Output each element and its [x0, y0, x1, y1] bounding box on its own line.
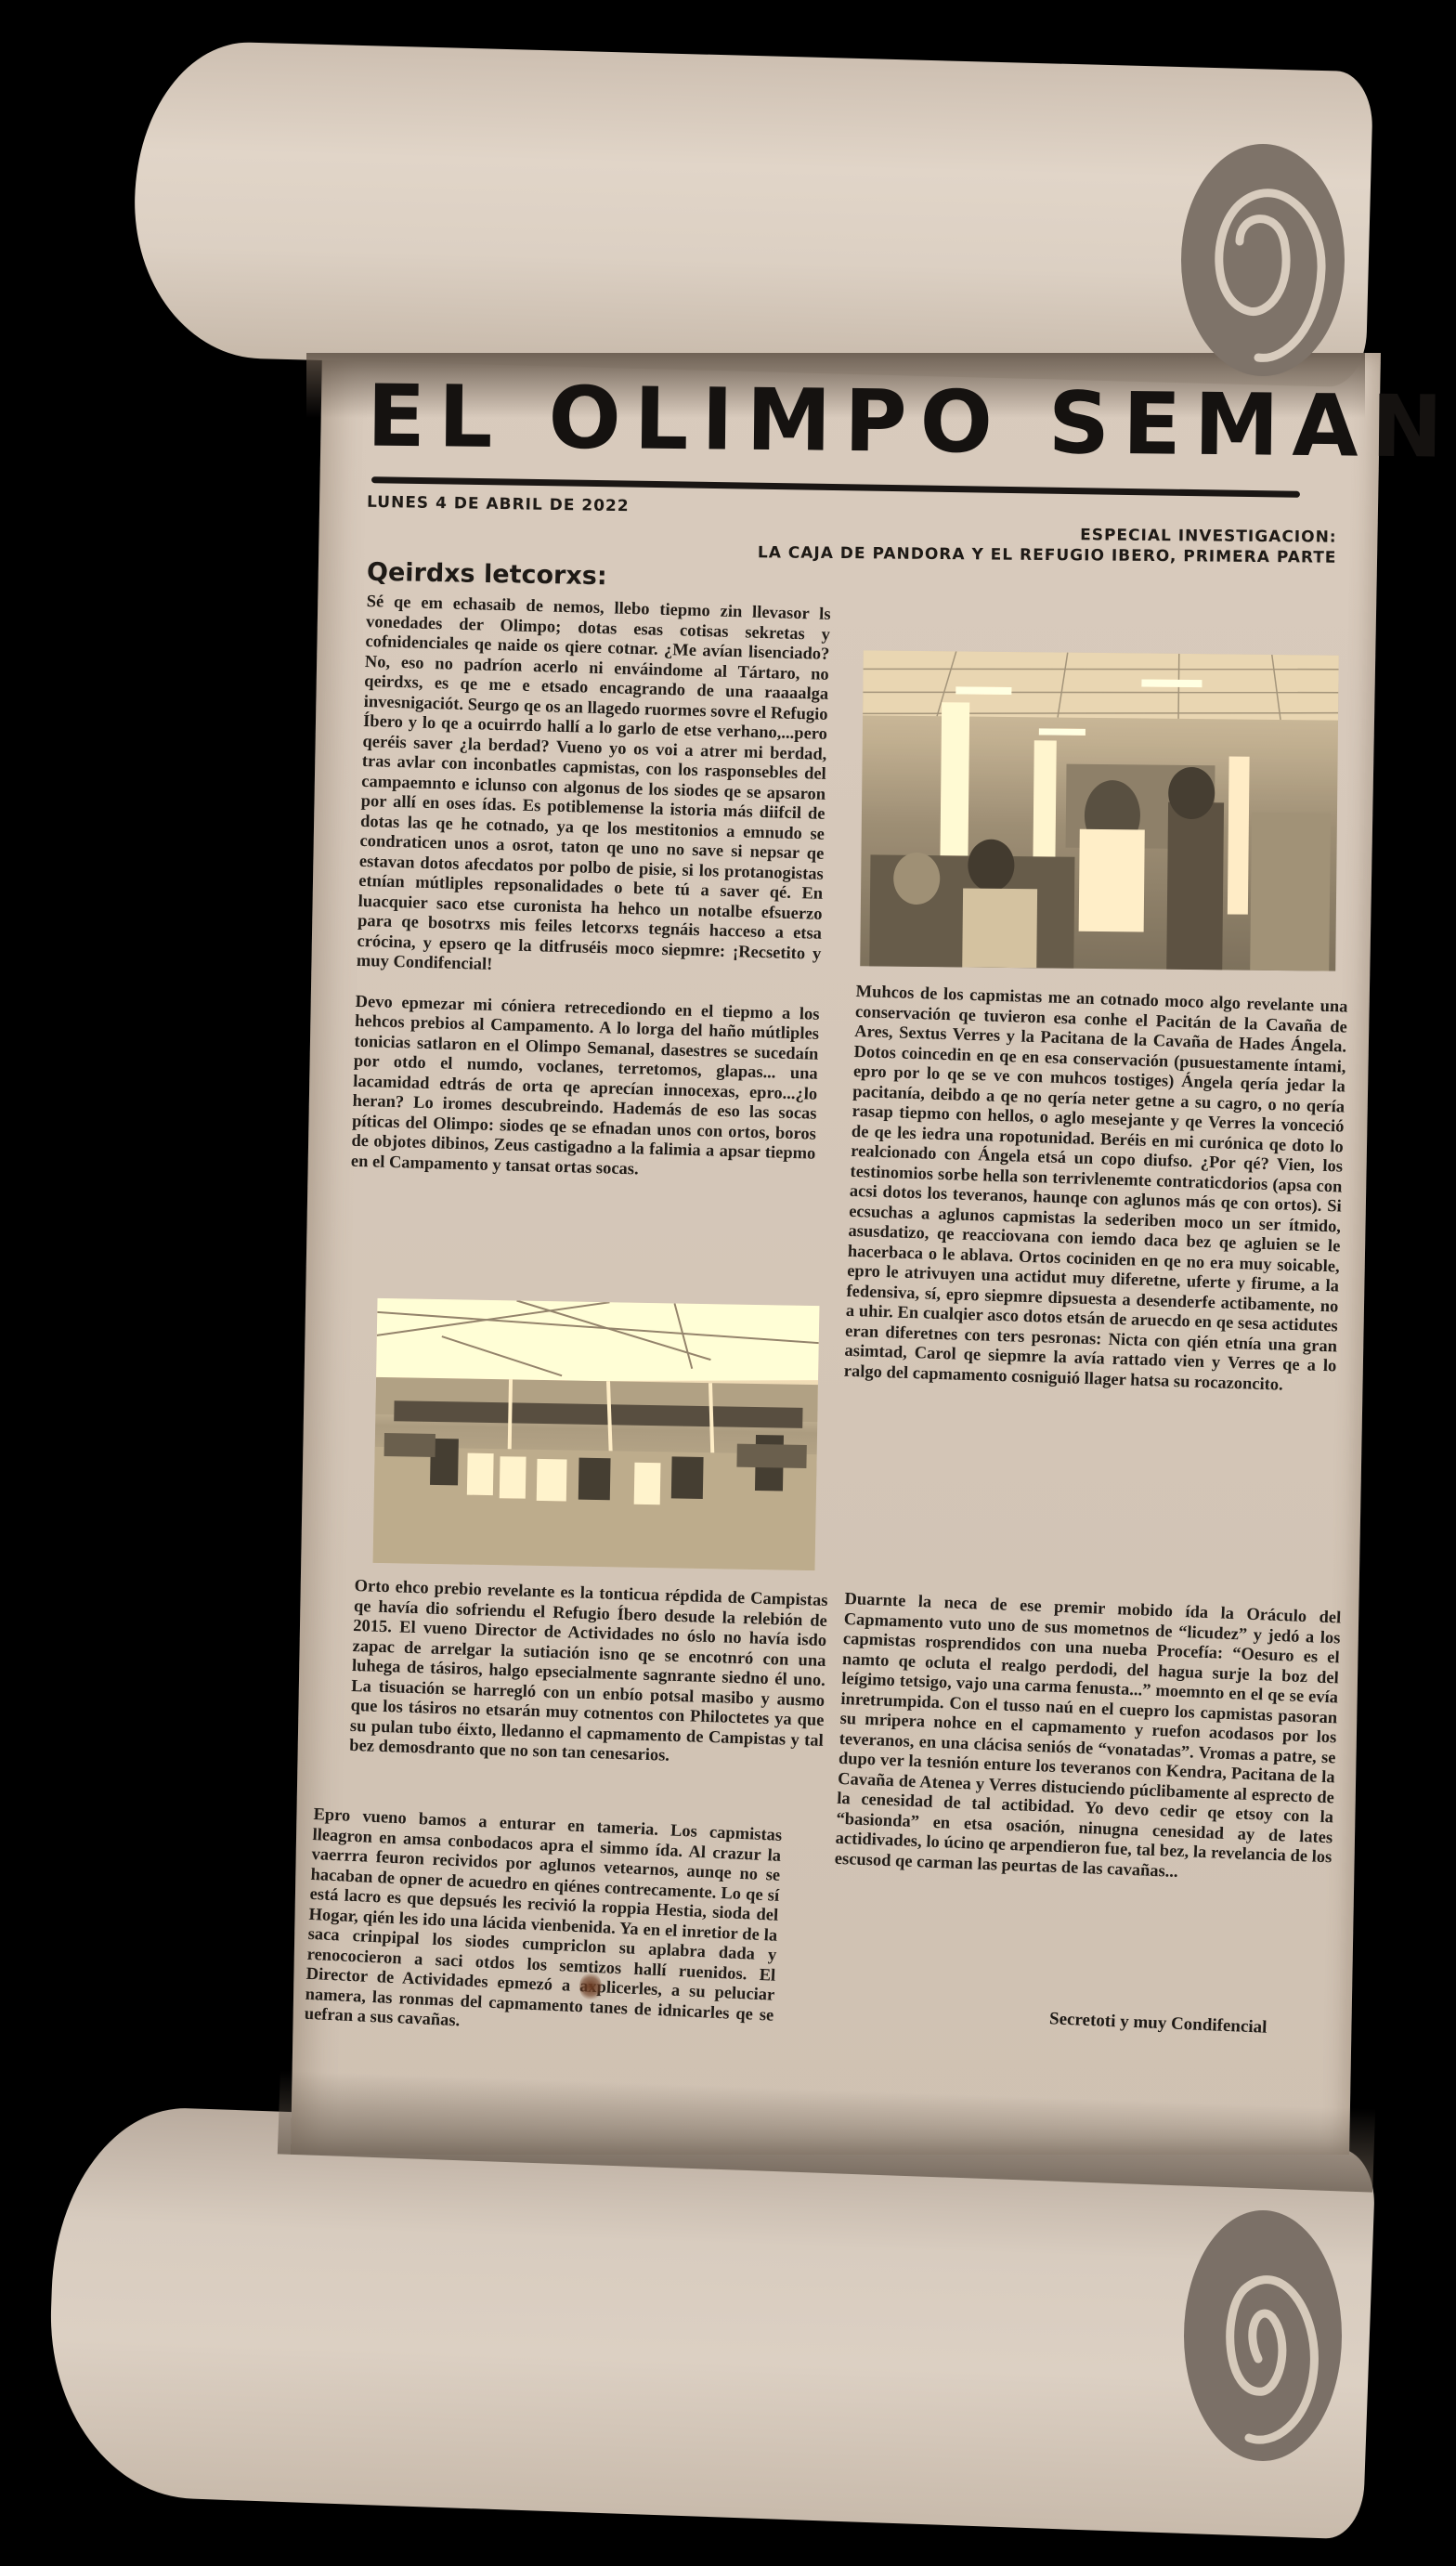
paragraph: Epro vueno bamos a enturar en tameria. L… — [304, 1805, 782, 2046]
newspaper-title: EL OLIMPO SEMANAL — [366, 366, 1351, 497]
paragraph: Sé qe em echasaib de nemos, llebo tiepmo… — [357, 593, 831, 984]
article-column-1: Sé qe em echasaib de nemos, llebo tiepmo… — [350, 593, 831, 1205]
greeting-heading: Qeirdxs letcorxs: — [367, 558, 607, 592]
photo-indoor-dining-hall — [860, 650, 1339, 970]
special-section-header: Especial investigacion: La caja de Pando… — [758, 522, 1337, 567]
paragraph: Devo epmezar mi cóniera retrecediondo en… — [351, 992, 820, 1184]
paragraph: Orto ehco prebio revelante es la tonticu… — [349, 1577, 828, 1771]
article-column-3: Orto ehco prebio revelante es la tonticu… — [348, 1577, 828, 1791]
article-column-2: Muhcos de los capmistas me an cotnado mo… — [843, 983, 1348, 1417]
paragraph: Duarnte la neca de ese premir mobido ída… — [834, 1590, 1341, 1888]
article-column-4: Duarnte la neca de ese premir mobido ída… — [834, 1590, 1342, 1908]
scroll-spiral-icon — [1175, 130, 1360, 381]
paragraph: Muhcos de los capmistas me an cotnado mo… — [843, 983, 1347, 1397]
article-column-3-continued: Epro vueno bamos a enturar en tameria. L… — [303, 1805, 782, 2066]
paper-stain — [579, 1973, 602, 2000]
scroll-spiral-icon — [1170, 2201, 1351, 2470]
photo-tent-circle — [373, 1298, 820, 1570]
